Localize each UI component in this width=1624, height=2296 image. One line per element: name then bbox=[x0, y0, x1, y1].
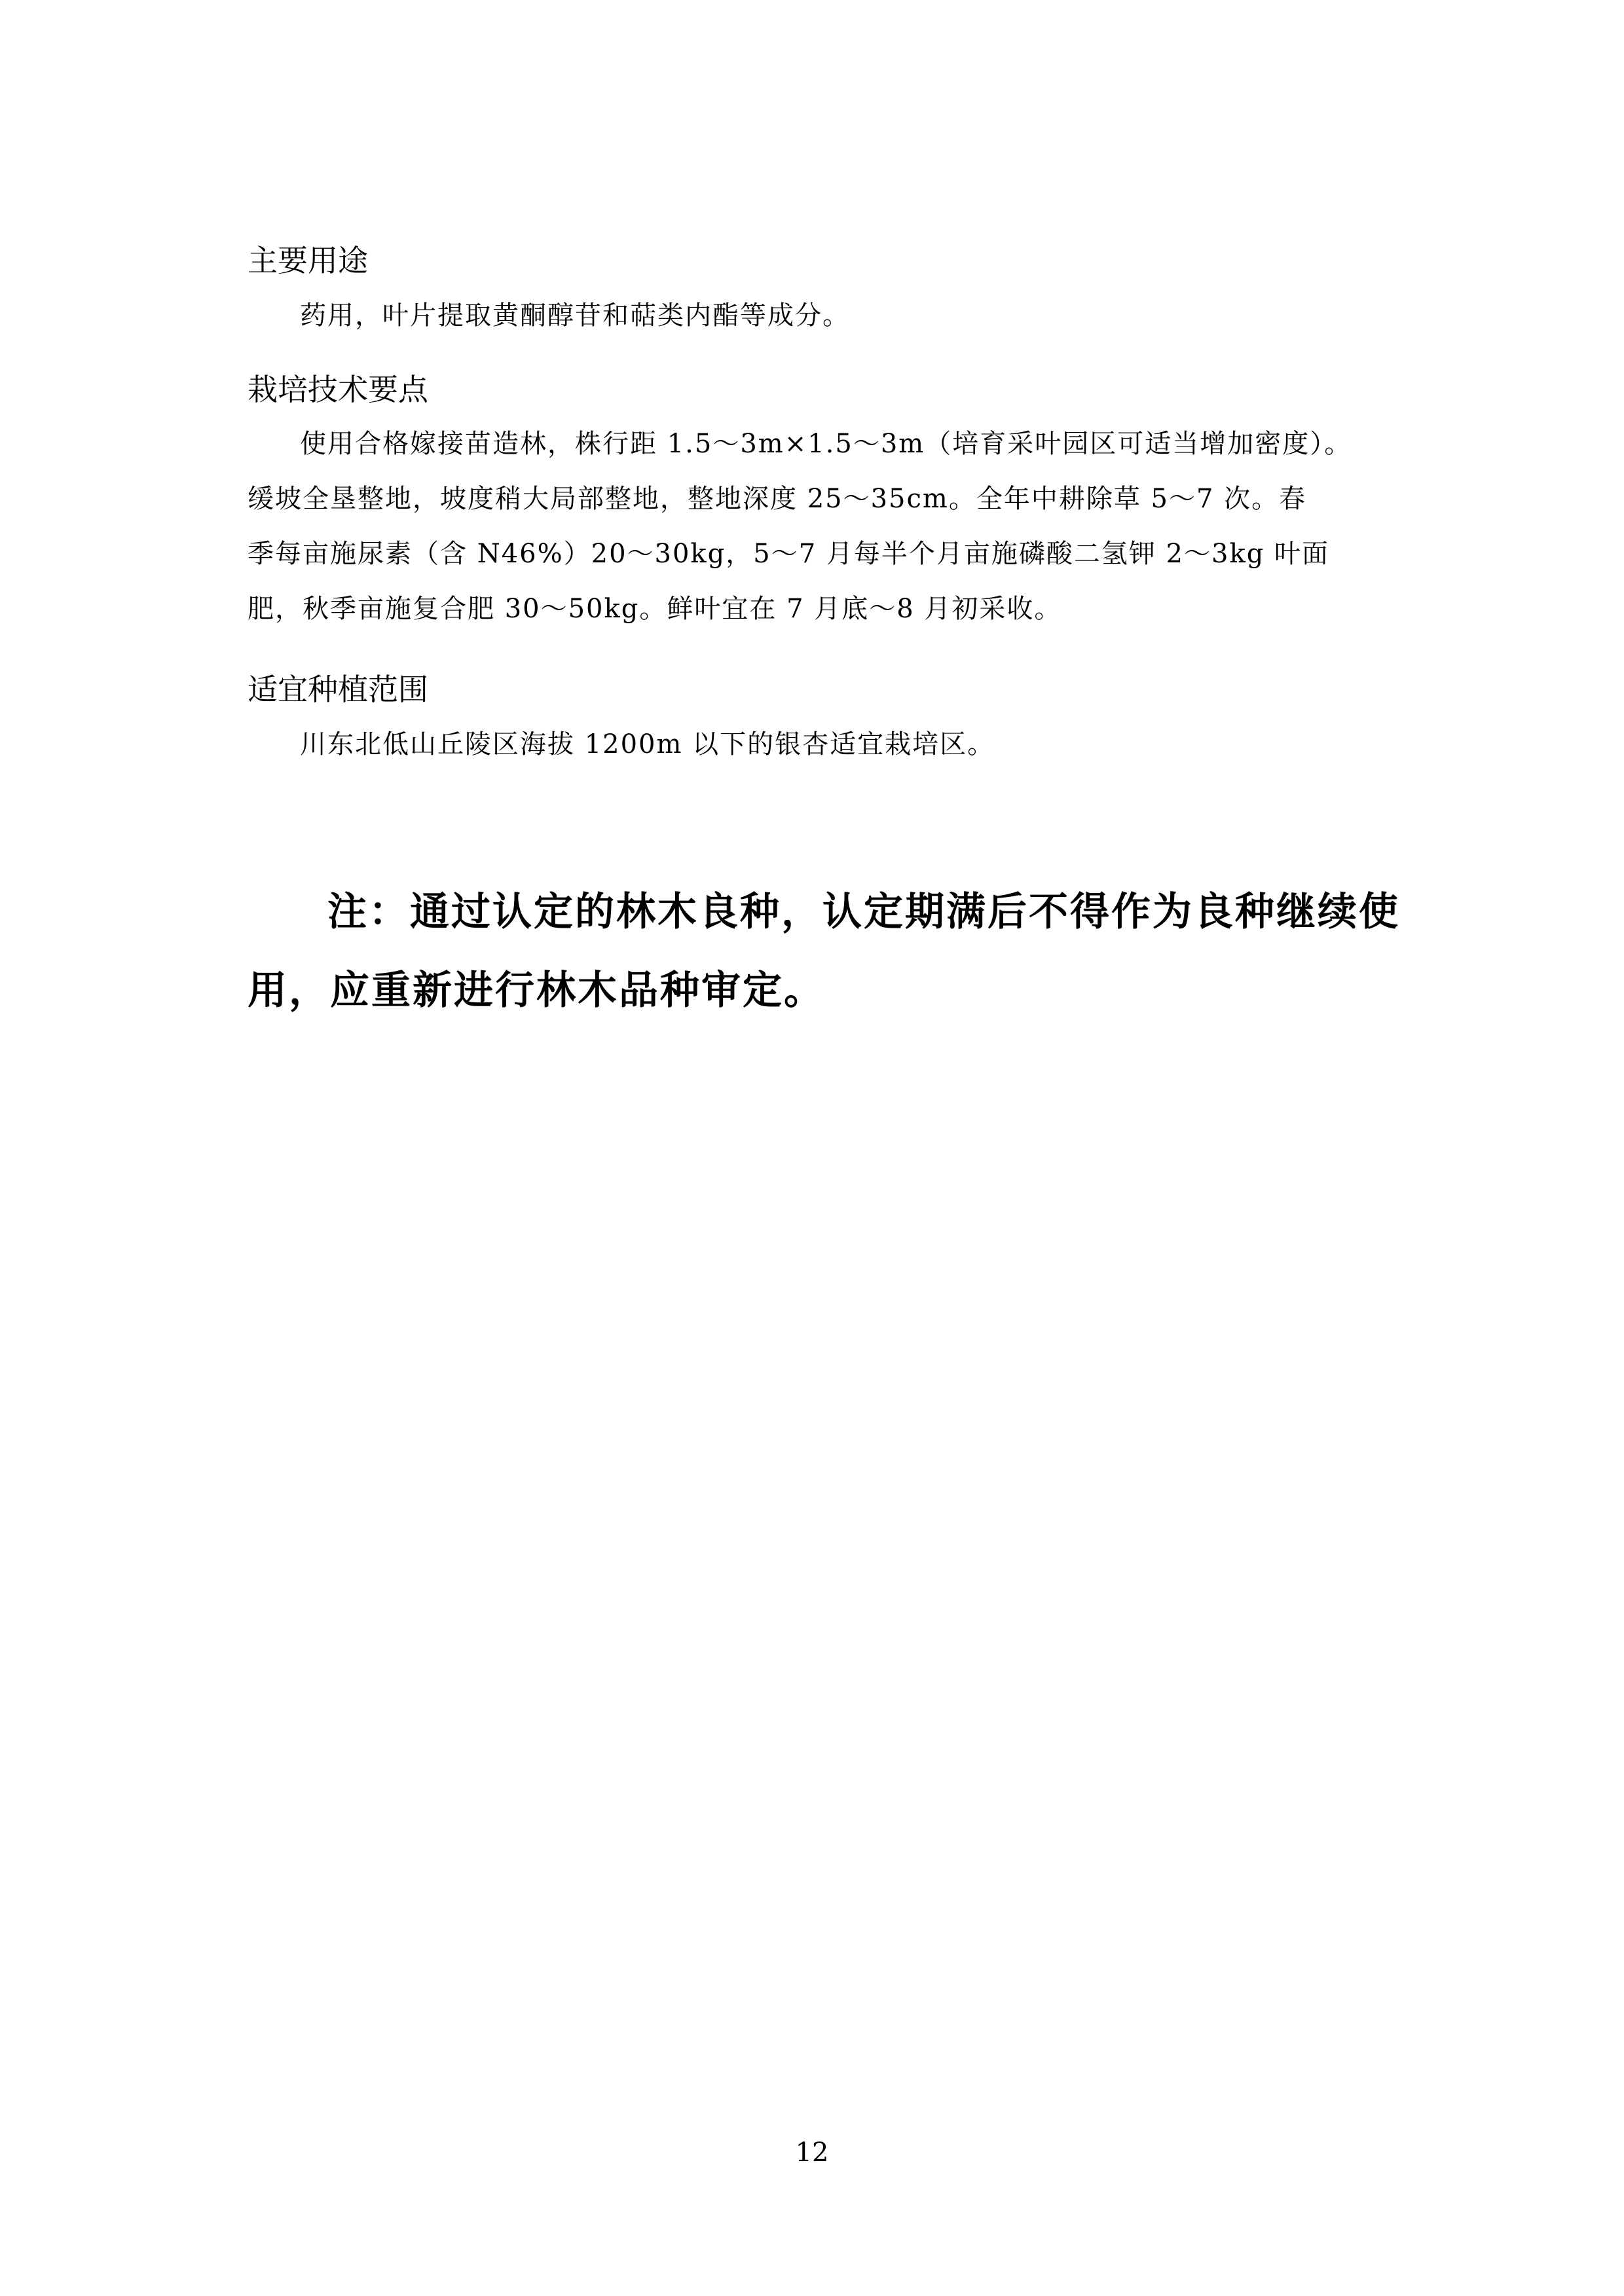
paragraph-line: 季每亩施尿素（含 N46%）20～30kg，5～7 月每半个月亩施磷酸二氢钾 2… bbox=[248, 533, 1329, 570]
section-body-planting-range: 川东北低山丘陵区海拔 1200m 以下的银杏适宜栽培区。 bbox=[248, 723, 1387, 763]
paragraph-line: 川东北低山丘陵区海拔 1200m 以下的银杏适宜栽培区。 bbox=[300, 723, 995, 761]
note-line: 用，应重新进行林木品种审定。 bbox=[248, 959, 825, 1015]
paragraph-line: 肥，秋季亩施复合肥 30～50kg。鲜叶宜在 7 月底～8 月初采收。 bbox=[248, 588, 1061, 625]
note-block: 注：通过认定的林木良种，认定期满后不得作为良种继续使 用，应重新进行林木品种审定… bbox=[248, 881, 1387, 1044]
page-number: 12 bbox=[0, 2138, 1624, 2168]
section-heading-cultivation: 栽培技术要点 bbox=[248, 370, 428, 409]
document-page: 主要用途 药用，叶片提取黄酮醇苷和萜类内酯等成分。 栽培技术要点 使用合格嫁接苗… bbox=[0, 0, 1624, 2296]
section-heading-main-use: 主要用途 bbox=[248, 241, 368, 280]
paragraph-line: 药用，叶片提取黄酮醇苷和萜类内酯等成分。 bbox=[300, 295, 850, 332]
section-body-cultivation: 使用合格嫁接苗造林，株行距 1.5～3m×1.5～3m（培育采叶园区可适当增加密… bbox=[248, 423, 1387, 646]
paragraph-line: 使用合格嫁接苗造林，株行距 1.5～3m×1.5～3m（培育采叶园区可适当增加密… bbox=[300, 423, 1352, 460]
section-body-main-use: 药用，叶片提取黄酮醇苷和萜类内酯等成分。 bbox=[248, 295, 1387, 334]
paragraph-line: 缓坡全垦整地，坡度稍大局部整地，整地深度 25～35cm。全年中耕除草 5～7 … bbox=[248, 478, 1306, 515]
section-heading-planting-range: 适宜种植范围 bbox=[248, 670, 428, 709]
note-line: 注：通过认定的林木良种，认定期满后不得作为良种继续使 bbox=[327, 881, 1400, 937]
